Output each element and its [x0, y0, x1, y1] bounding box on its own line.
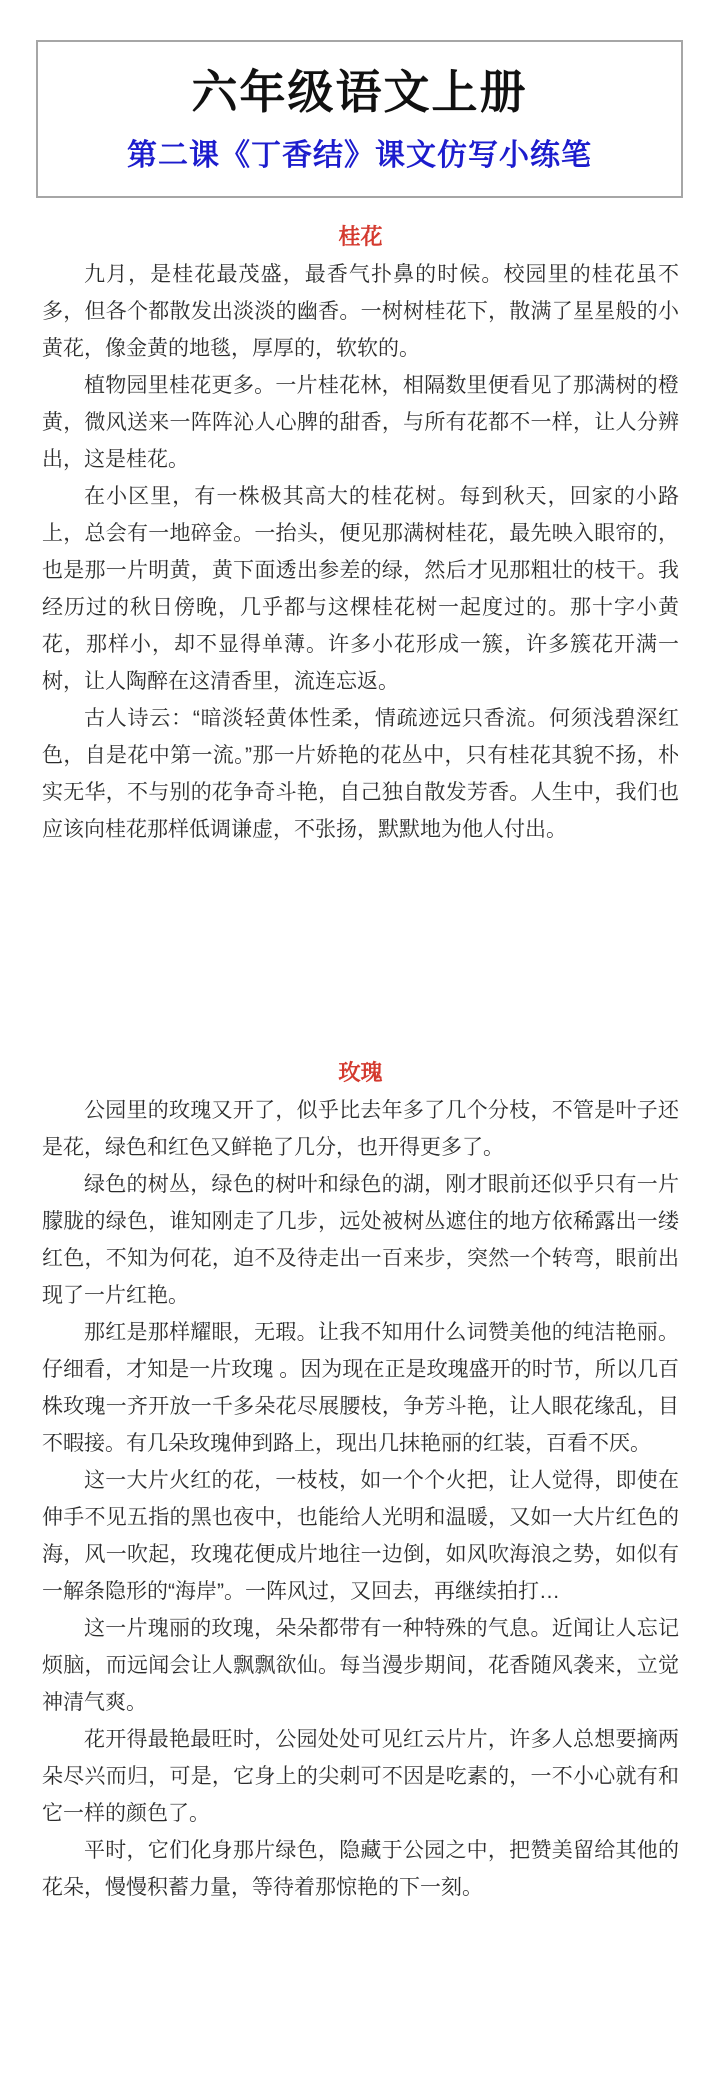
page-title: 六年级语文上册	[48, 66, 671, 120]
paragraph: 这一片瑰丽的玫瑰，朵朵都带有一种特殊的气息。近闻让人忘记烦脑，而远闻会让人飘飘欲…	[42, 1610, 679, 1721]
essay-title-guihua: 桂花	[42, 222, 679, 252]
essay-meigui: 玫瑰 公园里的玫瑰又开了，似乎比去年多了几个分枝，不管是叶子还是花，绿色和红色又…	[42, 1058, 679, 1906]
paragraph: 绿色的树丛，绿色的树叶和绿色的湖，刚才眼前还似乎只有一片朦胧的绿色，谁知刚走了几…	[42, 1166, 679, 1314]
paragraph: 九月，是桂花最茂盛，最香气扑鼻的时候。校园里的桂花虽不多，但各个都散发出淡淡的幽…	[42, 256, 679, 367]
document-page: 六年级语文上册 第二课《丁香结》课文仿写小练笔 桂花 九月，是桂花最茂盛，最香气…	[0, 40, 719, 1936]
paragraph: 平时，它们化身那片绿色，隐藏于公园之中，把赞美留给其他的花朵，慢慢积蓄力量，等待…	[42, 1832, 679, 1906]
paragraph: 古人诗云：“暗淡轻黄体性柔，情疏迹远只香流。何须浅碧深红色，自是花中第一流。”那…	[42, 700, 679, 848]
page-subtitle: 第二课《丁香结》课文仿写小练笔	[48, 138, 671, 174]
paragraph: 公园里的玫瑰又开了，似乎比去年多了几个分枝，不管是叶子还是花，绿色和红色又鲜艳了…	[42, 1092, 679, 1166]
essay-guihua: 桂花 九月，是桂花最茂盛，最香气扑鼻的时候。校园里的桂花虽不多，但各个都散发出淡…	[42, 222, 679, 848]
paragraph: 植物园里桂花更多。一片桂花林，相隔数里便看见了那满树的橙黄，微风送来一阵阵沁人心…	[42, 367, 679, 478]
paragraph: 花开得最艳最旺时，公园处处可见红云片片，许多人总想要摘两朵尽兴而归，可是，它身上…	[42, 1721, 679, 1832]
paragraph: 那红是那样耀眼，无瑕。让我不知用什么词赞美他的纯洁艳丽。仔细看，才知是一片玫瑰 …	[42, 1314, 679, 1462]
header-box: 六年级语文上册 第二课《丁香结》课文仿写小练笔	[36, 40, 683, 198]
paragraph: 这一大片火红的花，一枝枝，如一个个火把，让人觉得，即使在伸手不见五指的黑也夜中，…	[42, 1462, 679, 1610]
bottom-padding	[0, 1906, 719, 1936]
paragraph: 在小区里，有一株极其高大的桂花树。每到秋天，回家的小路上，总会有一地碎金。一抬头…	[42, 478, 679, 700]
essay-title-meigui: 玫瑰	[42, 1058, 679, 1088]
section-spacer	[0, 848, 719, 1034]
